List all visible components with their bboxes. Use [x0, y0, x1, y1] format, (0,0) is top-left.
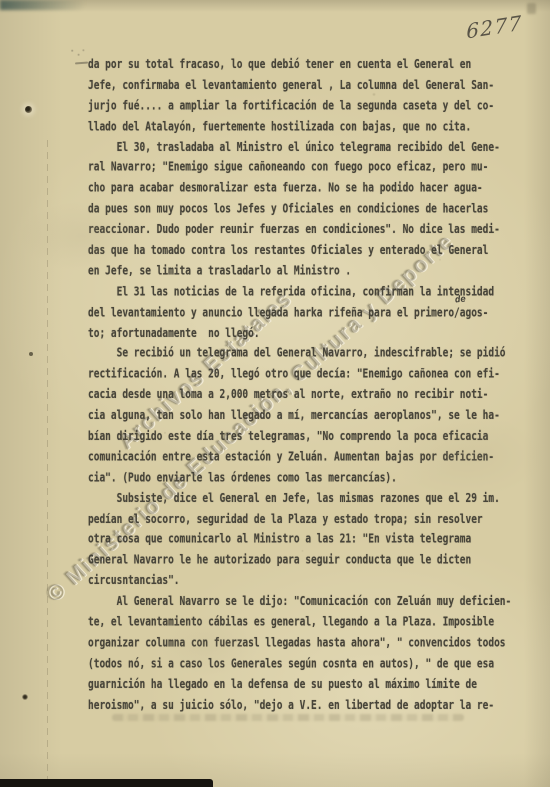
text-line: te, el levantamiento cábilas es general,… [88, 613, 550, 634]
paper-speck [29, 352, 33, 356]
text-line: pedían el socorro, seguridad de la Plaza… [88, 509, 550, 530]
pencil-dash [75, 62, 88, 65]
text-line: cacia desde una loma a 2,000 metros al n… [88, 386, 550, 407]
text-line: heroismo", a su juicio sólo, "dejo a V.E… [88, 695, 550, 716]
fold-crease-line [47, 140, 48, 787]
text-line: ral Navarro; "Enemigo sigue cañoneando c… [88, 158, 550, 179]
text-line: El 30, trasladaba al Ministro el único t… [88, 138, 550, 159]
handwritten-page-number: 6277 [466, 10, 523, 43]
pencil-marks [69, 48, 85, 57]
text-line: cia alguna, tan solo han llegado a mí, m… [88, 406, 550, 427]
text-line: da por su total fracaso, lo que debió te… [88, 55, 550, 76]
text-line: llado del Atalayón, fuertemente hostiliz… [88, 117, 550, 138]
punch-hole-mark [25, 106, 32, 113]
text-line: Jefe, confirmaba el levantamiento genera… [88, 76, 550, 97]
text-line: das que ha tomado contra los restantes O… [88, 241, 550, 262]
text-line: en Jefe, se limita a trasladarlo al Mini… [88, 262, 550, 283]
text-line: jurjo fué.... a ampliar la fortificación… [88, 96, 550, 117]
scanner-black-strip [0, 779, 213, 787]
text-line: reaccionar. Dudo poder reunir fuerzas en… [88, 220, 550, 241]
text-line: da pues son muy pocos los Jefes y Oficia… [88, 200, 550, 221]
text-line: otra cosa que comunicarlo al Ministro a … [88, 530, 550, 551]
typewritten-text-block: da por su total fracaso, lo que debió te… [88, 55, 550, 716]
text-line: circusntancias". [88, 571, 550, 592]
text-line: General Navarro le he autorizado para se… [88, 551, 550, 572]
text-line: to; afortunadamente no llegó. [88, 324, 550, 345]
paper-speck [22, 694, 28, 700]
ink-bleed-through [112, 714, 464, 721]
text-line: (todos nó, si a caso los Generales según… [88, 654, 550, 675]
scanned-document-page: Archivos Estatales © Ministerio de Educa… [0, 0, 550, 787]
text-line: comunicación entre esta estación y Zeluá… [88, 447, 550, 468]
text-line: Subsiste, dice el General en Jefe, las m… [88, 489, 550, 510]
text-line: rectificación. A las 20, llegó otro que … [88, 365, 550, 386]
text-line: bían dirigido este día tres telegramas, … [88, 427, 550, 448]
handwritten-superscript-insertion: de [455, 294, 467, 305]
text-line: Se recibió un telegrama del General Nava… [88, 344, 550, 365]
text-line: del levantamiento y anuncio llegada hark… [88, 303, 550, 324]
text-line: guarnición ha llegado en la defensa de s… [88, 675, 550, 696]
text-line: organizar columna con fuerzasl llegadas … [88, 633, 550, 654]
text-line: Al General Navarro se le dijo: "Comunica… [88, 592, 550, 613]
text-line: cho para acabar desmoralizar esta fuerza… [88, 179, 550, 200]
scan-edge-smudge [0, 0, 86, 10]
text-line: El 31 las noticias de la referida oficin… [88, 282, 550, 303]
paper-stain [527, 3, 536, 14]
text-line: cia". (Pudo enviarle las órdenes como la… [88, 468, 550, 489]
